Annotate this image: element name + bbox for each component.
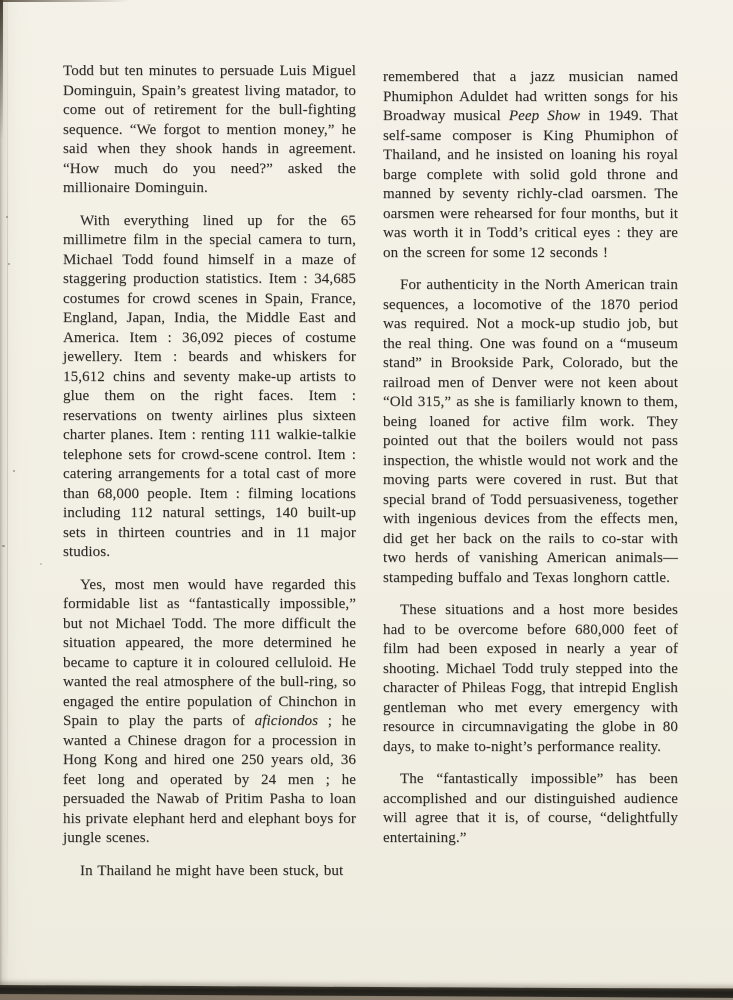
paragraph-text: ; he wanted a Chinese dragon for a proce…: [63, 713, 356, 846]
scan-speckle: [13, 470, 15, 472]
scanned-page: Todd but ten minutes to persuade Luis Mi…: [0, 0, 733, 1000]
paragraph-continuation: remembered that a jazz musician named Ph…: [383, 68, 678, 263]
paragraph: With everything lined up for the 65 mill…: [63, 212, 356, 563]
italic-word: aficiondos: [255, 713, 319, 729]
scan-speckle: [2, 545, 5, 547]
text-column-left: Todd but ten minutes to persuade Luis Mi…: [63, 62, 356, 894]
page-gutter-shadow: [0, 0, 34, 988]
paragraph-text: These situations and a host more besides…: [383, 602, 678, 755]
paragraph: In Thailand he might have been stuck, bu…: [63, 862, 356, 882]
paragraph-text: in 1949. That self-same composer is King…: [383, 108, 678, 261]
paragraph-text: With everything lined up for the 65 mill…: [63, 213, 356, 561]
text-column-right: remembered that a jazz musician named Ph…: [383, 68, 678, 861]
paragraph: The “fantastically impossible” has been …: [383, 770, 678, 848]
scan-top-edge-shadow: [0, 0, 130, 2]
paragraph-text: Yes, most men would have regarded this f…: [63, 577, 356, 730]
paragraph-continuation: Todd but ten minutes to persuade Luis Mi…: [63, 62, 356, 199]
paragraph: These situations and a host more besides…: [383, 601, 678, 757]
paragraph-text: For authenticity in the North American t…: [383, 277, 678, 586]
scan-speckle: [40, 563, 42, 565]
paragraph: Yes, most men would have regarded this f…: [63, 576, 356, 849]
paragraph: For authenticity in the North American t…: [383, 276, 678, 588]
paragraph-text: In Thailand he might have been stuck, bu…: [80, 863, 343, 879]
scan-speckle: [6, 216, 8, 218]
page-crease-line: [7, 0, 8, 955]
italic-title: Peep Show: [509, 108, 580, 124]
scan-speckle: [8, 263, 10, 265]
paragraph-text: The “fantastically impossible” has been …: [383, 771, 678, 846]
paragraph-text: Todd but ten minutes to persuade Luis Mi…: [63, 63, 356, 196]
